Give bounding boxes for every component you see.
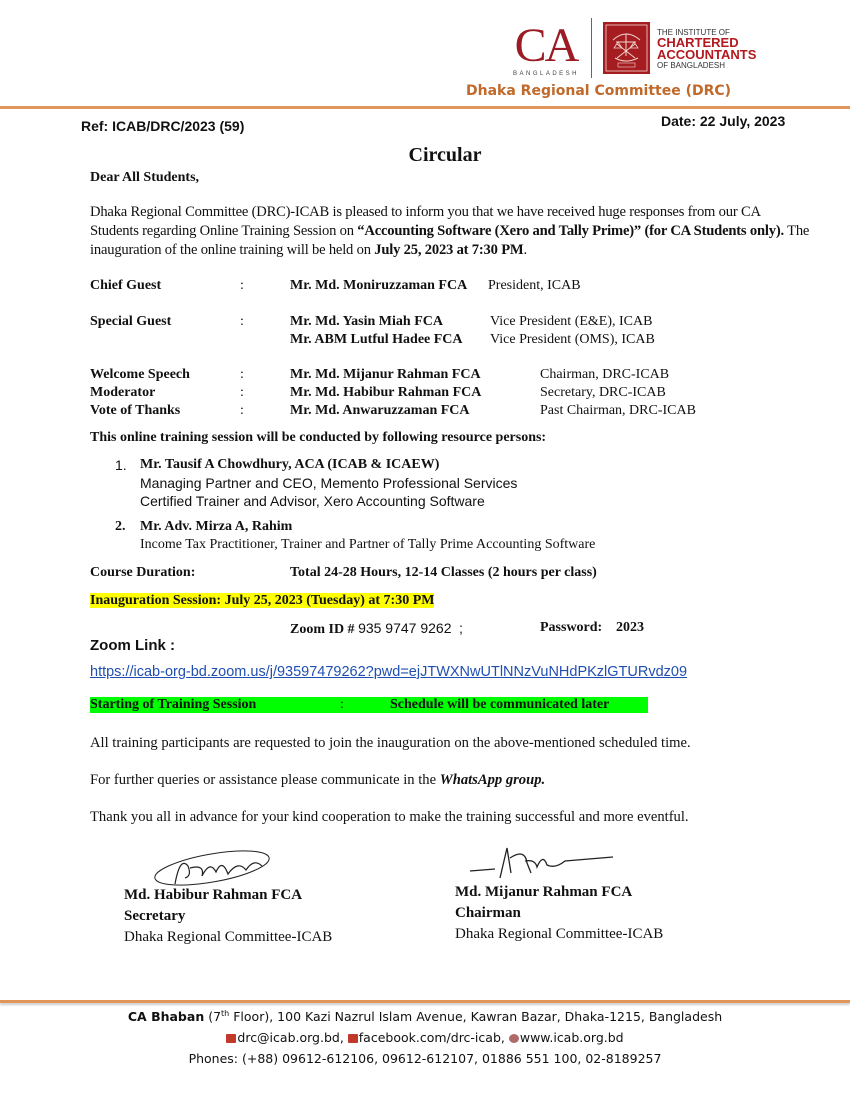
icab-crest-icon [603, 22, 650, 74]
facebook-icon [348, 1034, 358, 1043]
signatory-name: Md. Mijanur Rahman FCA [455, 882, 663, 903]
role-colon: : [240, 277, 244, 295]
inauguration-highlight: Inauguration Session: July 25, 2023 (Tue… [90, 593, 434, 608]
header-divider [0, 106, 850, 109]
institute-line-3: ACCOUNTANTS [657, 49, 756, 61]
signatory-organization: Dhaka Regional Committee-ICAB [124, 927, 332, 948]
floor-number: (7 [208, 1009, 221, 1024]
building-name: CA Bhaban [128, 1009, 204, 1024]
signature-mijanur-rahman [465, 843, 615, 885]
course-duration: Course Duration: Total 24-28 Hours, 12-1… [90, 565, 195, 581]
intro-text-3: . [523, 242, 526, 258]
signatory-secretary: Md. Habibur Rahman FCA Secretary Dhaka R… [124, 885, 332, 948]
intro-paragraph: Dhaka Regional Committee (DRC)-ICAB is p… [90, 203, 810, 260]
zoom-id-value: 935 9747 9262 [358, 620, 451, 636]
training-start-value: Schedule will be communicated later [390, 697, 609, 713]
ca-logo-subtitle: BANGLADESH [508, 71, 584, 77]
role-label: Chief Guest [90, 277, 161, 295]
password-label: Password: [540, 620, 602, 636]
inauguration-session: Inauguration Session: July 25, 2023 (Tue… [90, 593, 434, 609]
role-label: Vote of Thanks [90, 402, 180, 420]
website-link[interactable]: www.icab.org.bd [520, 1030, 624, 1045]
role-position: Secretary, DRC-ICAB [540, 384, 666, 402]
closing-paragraph-3: Thank you all in advance for your kind c… [90, 809, 689, 826]
zoom-credentials: Zoom ID # 935 9747 9262 ; Password: 2023 [290, 620, 463, 638]
training-topic: “Accounting Software (Xero and Tally Pri… [357, 223, 784, 239]
closing-paragraph-2: For further queries or assistance please… [90, 772, 545, 789]
footer-phones: Phones: (+88) 09612-612106, 09612-612107… [25, 1048, 825, 1069]
signatory-organization: Dhaka Regional Committee-ICAB [455, 924, 663, 945]
whatsapp-group-emphasis: WhatsApp group. [440, 772, 545, 788]
role-person: Mr. Md. Habibur Rahman FCA [290, 384, 481, 402]
role-position: Past Chairman, DRC-ICAB [540, 402, 696, 420]
role-label: Special Guest [90, 313, 171, 331]
role-position: Chairman, DRC-ICAB [540, 366, 669, 384]
inauguration-datetime: July 25, 2023 at 7:30 PM [374, 242, 523, 258]
footer-contacts: drc@icab.org.bd, facebook.com/drc-icab, … [25, 1027, 825, 1048]
institute-line-4: OF BANGLADESH [657, 61, 756, 70]
separator: ; [459, 620, 463, 636]
training-start-highlight: Starting of Training Session : Schedule … [90, 697, 648, 713]
footer-address: CA Bhaban (7th Floor), 100 Kazi Nazrul I… [25, 1003, 825, 1027]
footer: CA Bhaban (7th Floor), 100 Kazi Nazrul I… [0, 1003, 825, 1069]
role-person: Mr. Md. Mijanur Rahman FCA [290, 366, 481, 384]
role-colon: : [240, 366, 244, 384]
signatory-chairman: Md. Mijanur Rahman FCA Chairman Dhaka Re… [455, 882, 663, 945]
signatory-position: Secretary [124, 906, 332, 927]
list-number: 1. [115, 456, 127, 474]
resource-person-role: Certified Trainer and Advisor, Xero Acco… [140, 492, 517, 510]
role-person: Mr. Md. Moniruzzaman FCA [290, 277, 467, 295]
role-label: Moderator [90, 384, 155, 402]
training-start-row: Starting of Training Session : Schedule … [90, 697, 648, 713]
email-link[interactable]: drc@icab.org.bd, [237, 1030, 343, 1045]
reference-number: Ref: ICAB/DRC/2023 (59) [81, 118, 244, 134]
role-position: President, ICAB [488, 277, 581, 295]
closing-text: For further queries or assistance please… [90, 772, 440, 788]
role-person: Mr. ABM Lutful Hadee FCA [290, 331, 463, 349]
document-date: Date: 22 July, 2023 [661, 113, 785, 129]
ca-logo-letters: CA [508, 22, 584, 70]
street-address: Floor), 100 Kazi Nazrul Islam Avenue, Ka… [229, 1009, 722, 1024]
signatory-name: Md. Habibur Rahman FCA [124, 885, 332, 906]
list-number: 2. [115, 518, 126, 536]
zoom-link-label: Zoom Link : [90, 637, 175, 654]
resource-person-role: Managing Partner and CEO, Memento Profes… [140, 474, 517, 492]
training-start-label: Starting of Training Session [90, 697, 256, 712]
resource-persons-heading: This online training session will be con… [90, 430, 546, 446]
icab-wordmark: THE INSTITUTE OF CHARTERED ACCOUNTANTS O… [657, 28, 756, 70]
resource-person-role: Income Tax Practitioner, Trainer and Par… [140, 536, 595, 554]
training-start-colon: : [340, 697, 344, 713]
closing-paragraph-1: All training participants are requested … [90, 735, 691, 752]
page-title: Circular [0, 144, 850, 167]
role-label: Welcome Speech [90, 366, 190, 384]
salutation: Dear All Students, [90, 170, 199, 186]
role-colon: : [240, 384, 244, 402]
facebook-link[interactable]: facebook.com/drc-icab, [359, 1030, 505, 1045]
ca-bangladesh-logo: CA BANGLADESH [508, 22, 584, 78]
role-person: Mr. Md. Anwaruzzaman FCA [290, 402, 470, 420]
email-icon [226, 1034, 236, 1043]
password-value: 2023 [616, 620, 644, 636]
duration-label: Course Duration: [90, 565, 195, 580]
logo-divider [591, 18, 592, 78]
zoom-meeting-link[interactable]: https://icab-org-bd.zoom.us/j/9359747926… [90, 664, 687, 680]
role-person: Mr. Md. Yasin Miah FCA [290, 313, 443, 331]
resource-person-name: Mr. Tausif A Chowdhury, ACA (ICAB & ICAE… [140, 456, 517, 474]
globe-icon [509, 1034, 519, 1043]
zoom-id-label: Zoom ID # [290, 622, 355, 637]
role-colon: : [240, 402, 244, 420]
committee-title: Dhaka Regional Committee (DRC) [466, 83, 731, 99]
resource-person-name: Mr. Adv. Mirza A, Rahim [140, 518, 595, 536]
signatory-position: Chairman [455, 903, 663, 924]
role-position: Vice President (OMS), ICAB [490, 331, 655, 349]
role-colon: : [240, 313, 244, 331]
role-position: Vice President (E&E), ICAB [490, 313, 652, 331]
duration-value: Total 24-28 Hours, 12-14 Classes (2 hour… [290, 565, 597, 581]
